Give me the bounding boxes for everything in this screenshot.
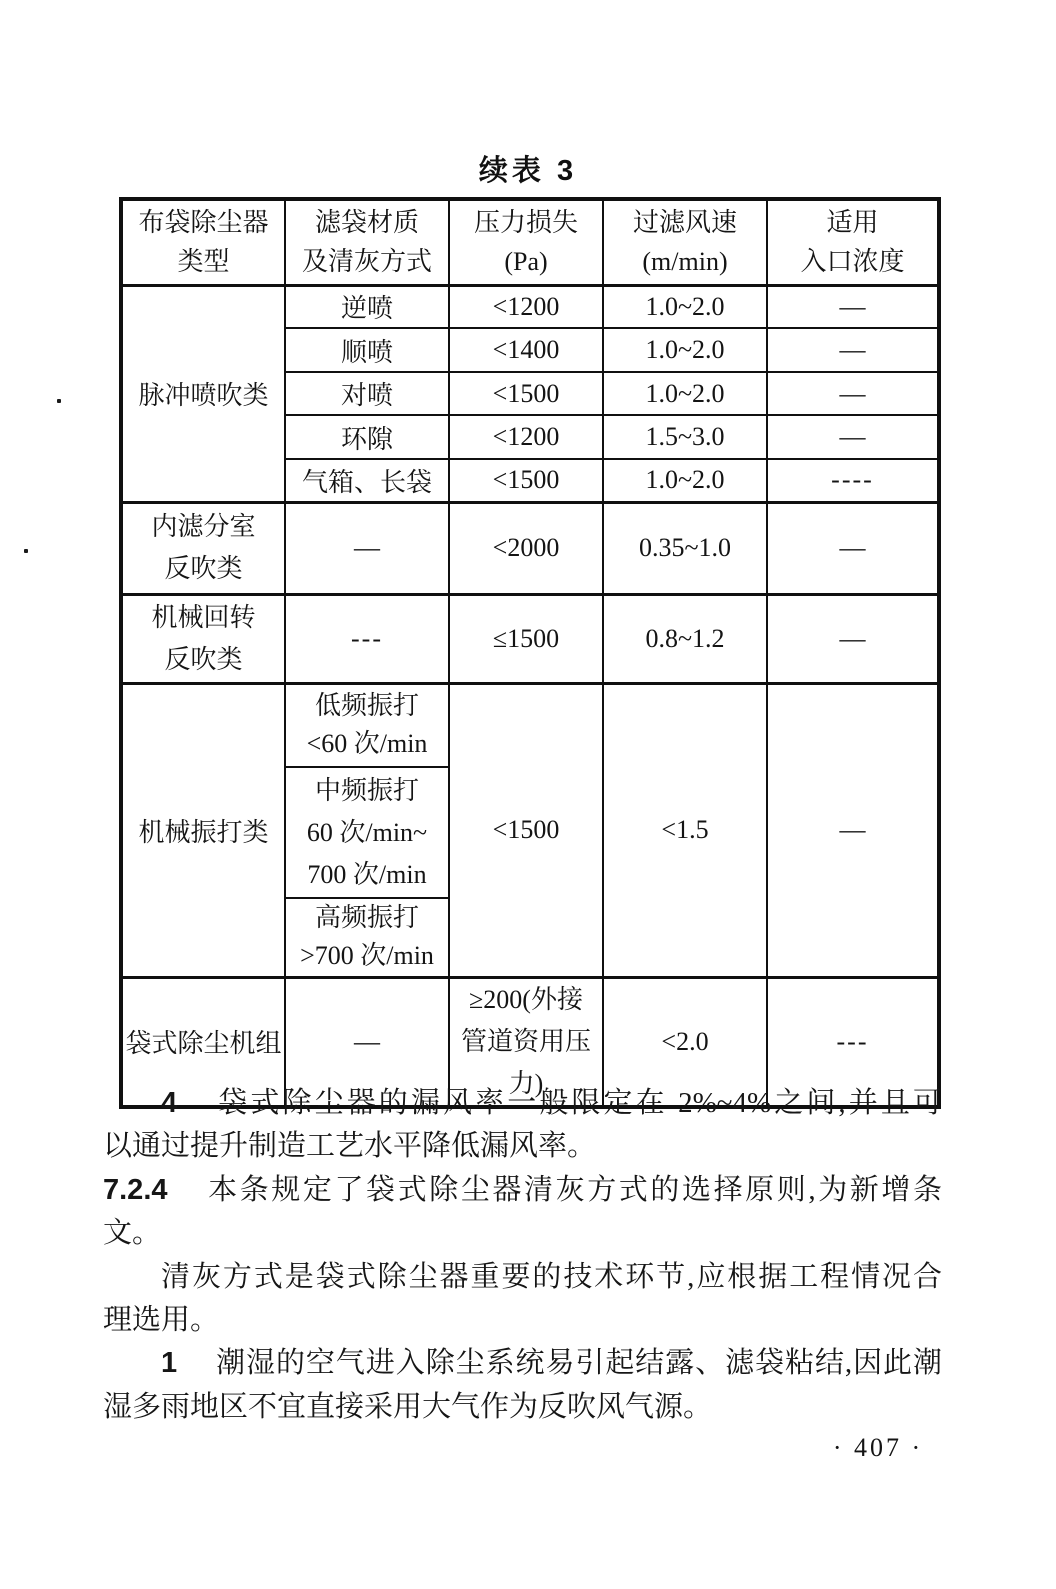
row-label-pulse-jet: 脉冲喷吹类	[121, 285, 285, 502]
header-bag-material: 滤袋材质 及清灰方式	[285, 199, 449, 285]
note-line: 1潮湿的空气进入除尘系统易引起结露、滤袋粘结,因此潮	[103, 1342, 942, 1385]
table-row: 机械回转 反吹类 --- ≤1500 0.8~1.2 —	[121, 594, 939, 683]
note-line: 4袋式除尘器的漏风率一般限定在 2%~4%之间,并且可	[103, 1082, 942, 1125]
table-row: 脉冲喷吹类 逆喷 <1200 1.0~2.0 —	[121, 285, 939, 328]
note-line: 清灰方式是袋式除尘器重要的技术环节,应根据工程情况合	[103, 1256, 942, 1299]
clause-number: 7.2.4	[103, 1174, 168, 1206]
cell-velocity: <1.5	[603, 683, 767, 977]
cell-pressure: <1500	[449, 683, 603, 977]
cell-concentration: —	[767, 285, 939, 328]
cell-concentration: —	[767, 683, 939, 977]
header-filter-velocity: 过滤风速 (m/min)	[603, 199, 767, 285]
cell-method: ---	[285, 594, 449, 683]
cell-concentration: —	[767, 502, 939, 594]
header-inlet-concentration: 适用 入口浓度	[767, 199, 939, 285]
cell-velocity: 1.0~2.0	[603, 285, 767, 328]
cell-concentration: —	[767, 328, 939, 372]
clause-number: 1	[161, 1347, 177, 1379]
table-title: 续表 3	[119, 148, 937, 189]
cell-method: 顺喷	[285, 328, 449, 372]
cell-velocity: 1.0~2.0	[603, 328, 767, 372]
cell-pressure: <2000	[449, 502, 603, 594]
document-page: 续表 3 布袋除尘器 类型 滤袋材质 及清灰方式 压力损失 (Pa) 过滤风速 …	[0, 0, 1056, 1589]
note-line: 7.2.4本条规定了袋式除尘器清灰方式的选择原则,为新增条	[103, 1169, 942, 1212]
commentary-text: 4袋式除尘器的漏风率一般限定在 2%~4%之间,并且可 以通过提升制造工艺水平降…	[103, 1082, 942, 1429]
cell-pressure: <1500	[449, 372, 603, 415]
cell-pressure: ≤1500	[449, 594, 603, 683]
cell-method-high-freq: 高频振打 >700 次/min	[285, 898, 449, 977]
cell-method: 对喷	[285, 372, 449, 415]
note-line: 文。	[103, 1212, 942, 1255]
header-collector-type: 布袋除尘器 类型	[121, 199, 285, 285]
cell-velocity: 1.5~3.0	[603, 415, 767, 459]
cell-pressure: <1200	[449, 415, 603, 459]
cell-velocity: 0.8~1.2	[603, 594, 767, 683]
cell-velocity: 0.35~1.0	[603, 502, 767, 594]
cell-pressure: <1500	[449, 459, 603, 502]
cell-pressure: <1400	[449, 328, 603, 372]
row-label-mech-shake: 机械振打类	[121, 683, 285, 977]
note-line: 理选用。	[103, 1299, 942, 1342]
cell-concentration: ----	[767, 459, 939, 502]
row-label-inner-filter: 内滤分室 反吹类	[121, 502, 285, 594]
table-row: 机械振打类 低频振打 <60 次/min <1500 <1.5 —	[121, 683, 939, 767]
clause-number: 4	[161, 1087, 177, 1119]
cell-concentration: —	[767, 594, 939, 683]
cell-concentration: —	[767, 372, 939, 415]
cell-method: —	[285, 502, 449, 594]
note-line: 以通过提升制造工艺水平降低漏风率。	[103, 1125, 942, 1168]
scan-noise-dot	[24, 549, 28, 553]
cell-method-low-freq: 低频振打 <60 次/min	[285, 683, 449, 767]
scan-noise-dot	[57, 399, 61, 403]
table-row: 内滤分室 反吹类 — <2000 0.35~1.0 —	[121, 502, 939, 594]
dust-collector-spec-table: 布袋除尘器 类型 滤袋材质 及清灰方式 压力损失 (Pa) 过滤风速 (m/mi…	[119, 197, 941, 1109]
header-pressure-loss: 压力损失 (Pa)	[449, 199, 603, 285]
cell-pressure: <1200	[449, 285, 603, 328]
note-line: 湿多雨地区不宜直接采用大气作为反吹风气源。	[103, 1386, 942, 1429]
cell-method: 逆喷	[285, 285, 449, 328]
table-header-row: 布袋除尘器 类型 滤袋材质 及清灰方式 压力损失 (Pa) 过滤风速 (m/mi…	[121, 199, 939, 285]
cell-velocity: 1.0~2.0	[603, 459, 767, 502]
row-label-mech-rotary: 机械回转 反吹类	[121, 594, 285, 683]
cell-velocity: 1.0~2.0	[603, 372, 767, 415]
cell-method: 环隙	[285, 415, 449, 459]
cell-concentration: —	[767, 415, 939, 459]
cell-method-mid-freq: 中频振打 60 次/min~ 700 次/min	[285, 767, 449, 898]
cell-method: 气箱、长袋	[285, 459, 449, 502]
page-number: · 407 ·	[818, 1433, 938, 1463]
